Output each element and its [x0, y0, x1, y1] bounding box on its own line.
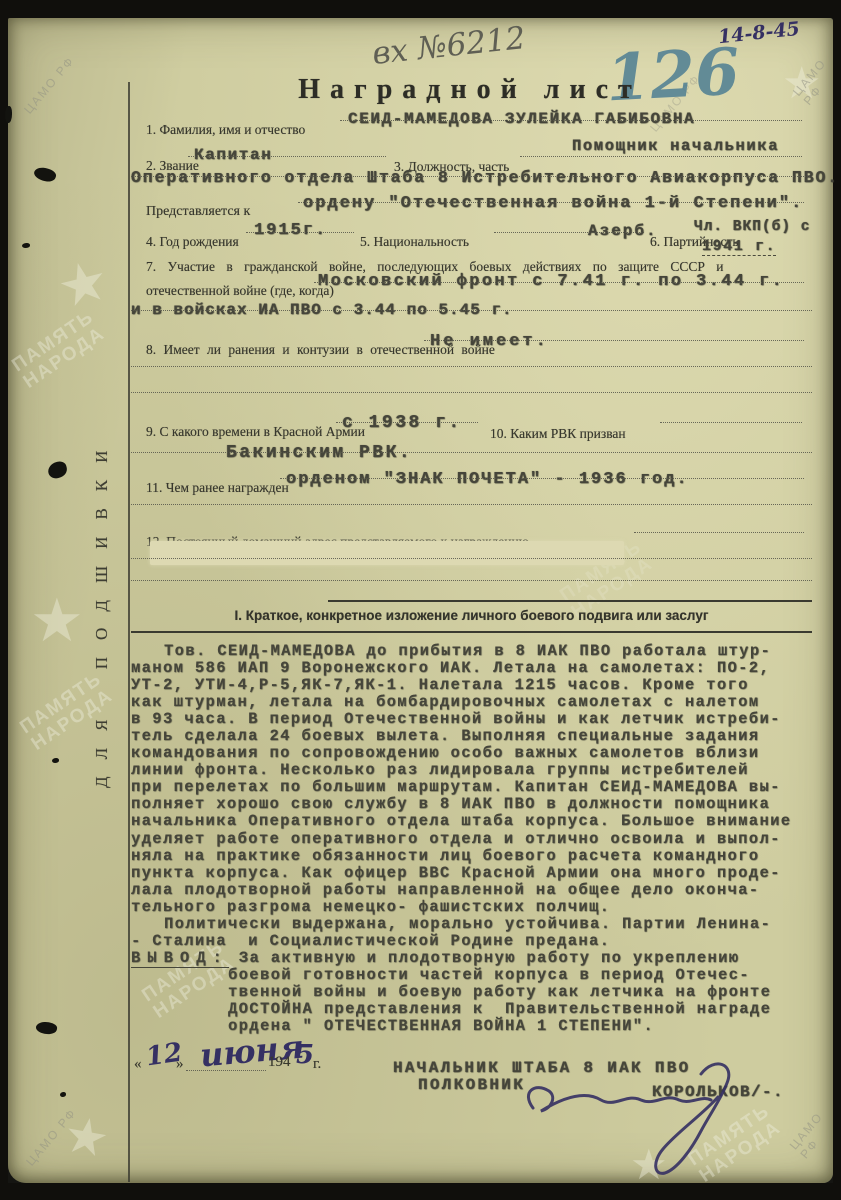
dotted-line [314, 282, 804, 283]
field-birthyear-label: 4. Год рождения [146, 234, 239, 250]
field-rvk-label: 10. Каким РВК призван [490, 426, 626, 442]
field-nationality-value: Азерб. [588, 222, 658, 240]
separator-rule [328, 600, 812, 602]
field-position-value-top: Помощник начальника [572, 137, 779, 155]
page-title: Наградной лист [280, 74, 660, 106]
dotted-line [131, 310, 812, 311]
dotted-line [494, 232, 644, 233]
field-nationality-label: 5. Национальность [360, 234, 469, 250]
dotted-line [131, 558, 812, 559]
quote-open: « [134, 1056, 142, 1073]
dotted-line [131, 580, 812, 581]
field-rvk-value: Бакинским РВК. [226, 443, 412, 463]
handwritten-signature [505, 1056, 785, 1186]
ink-blot [22, 243, 30, 248]
field-name-label: 1. Фамилия, имя и отчество [146, 122, 305, 138]
separator-rule [131, 631, 812, 633]
handwritten-year-digit: 5 [296, 1040, 314, 1070]
year-printed: 194 [268, 1054, 291, 1071]
scan-edge-left [0, 0, 8, 1200]
field-wounds-value: Не имеет. [430, 332, 549, 351]
dotted-line [340, 120, 802, 121]
dotted-line [131, 504, 812, 505]
field-rank-value: Капитан [194, 146, 272, 164]
binding-margin-text: ДЛЯ ПОДШИВКИ [92, 320, 112, 788]
conclusion-label: ВЫВОД: [131, 949, 229, 968]
quote-close: » [176, 1056, 184, 1073]
section1-heading: I. Краткое, конкретное изложение личного… [131, 608, 812, 623]
dotted-line [131, 176, 812, 177]
field-army-since-label: 9. С какого времени в Красной Армии [146, 424, 365, 440]
field-prev-awards-label: 11. Чем ранее награжден [146, 480, 289, 496]
form-left-rule [128, 82, 130, 1182]
ink-blot [60, 1092, 66, 1097]
dotted-line [188, 156, 386, 157]
presented-award-value: ордену "Отечественная война 1-й Степени"… [303, 194, 803, 213]
dotted-line [131, 392, 812, 393]
ink-blot [52, 758, 59, 763]
dotted-line [634, 532, 804, 533]
dotted-line [336, 422, 478, 423]
dotted-line [131, 452, 812, 453]
field-prev-awards-value: орденом "ЗНАК ПОЧЕТА" - 1936 год. [286, 470, 689, 489]
dotted-line [424, 340, 804, 341]
conclusion-first-line: ВЫВОД:За активную и плодотворную работу … [131, 950, 821, 967]
field-war-label-line2: отечественной войне (где, когда) [146, 283, 334, 299]
field-army-since-value: с 1938 г. [342, 413, 462, 433]
scanned-award-sheet: ★ ★ ★ ★ ★ ПАМЯТЬНАРОДА ПАМЯТЬНАРОДА ПАМЯ… [0, 0, 841, 1200]
dotted-line [131, 366, 812, 367]
scan-edge-top [0, 0, 841, 18]
dotted-line [280, 478, 804, 479]
field-position-value-line: Оперативного отдела Штаба 8 Истребительн… [131, 168, 839, 187]
field-name-value: СЕИД-МАМЕДОВА ЗУЛЕЙКА ГАБИБОВНА [348, 110, 695, 128]
dotted-line [246, 232, 354, 233]
ink-blot [5, 106, 12, 123]
dotted-line [660, 422, 802, 423]
field-party-value-bottom: 1941 г. [702, 238, 776, 256]
presented-label: Представляется к [146, 204, 250, 220]
dotted-line [298, 202, 804, 203]
citation-body: Тов. СЕИД-МАМЕДОВА до прибытия в 8 ИАК П… [131, 643, 821, 1035]
field-birthyear-value: 1915г. [254, 221, 327, 240]
dotted-line [520, 156, 802, 157]
redacted-area [150, 541, 624, 565]
field-party-value-top: Чл. ВКП(б) с [694, 219, 810, 235]
year-suffix: г. [313, 1056, 321, 1073]
